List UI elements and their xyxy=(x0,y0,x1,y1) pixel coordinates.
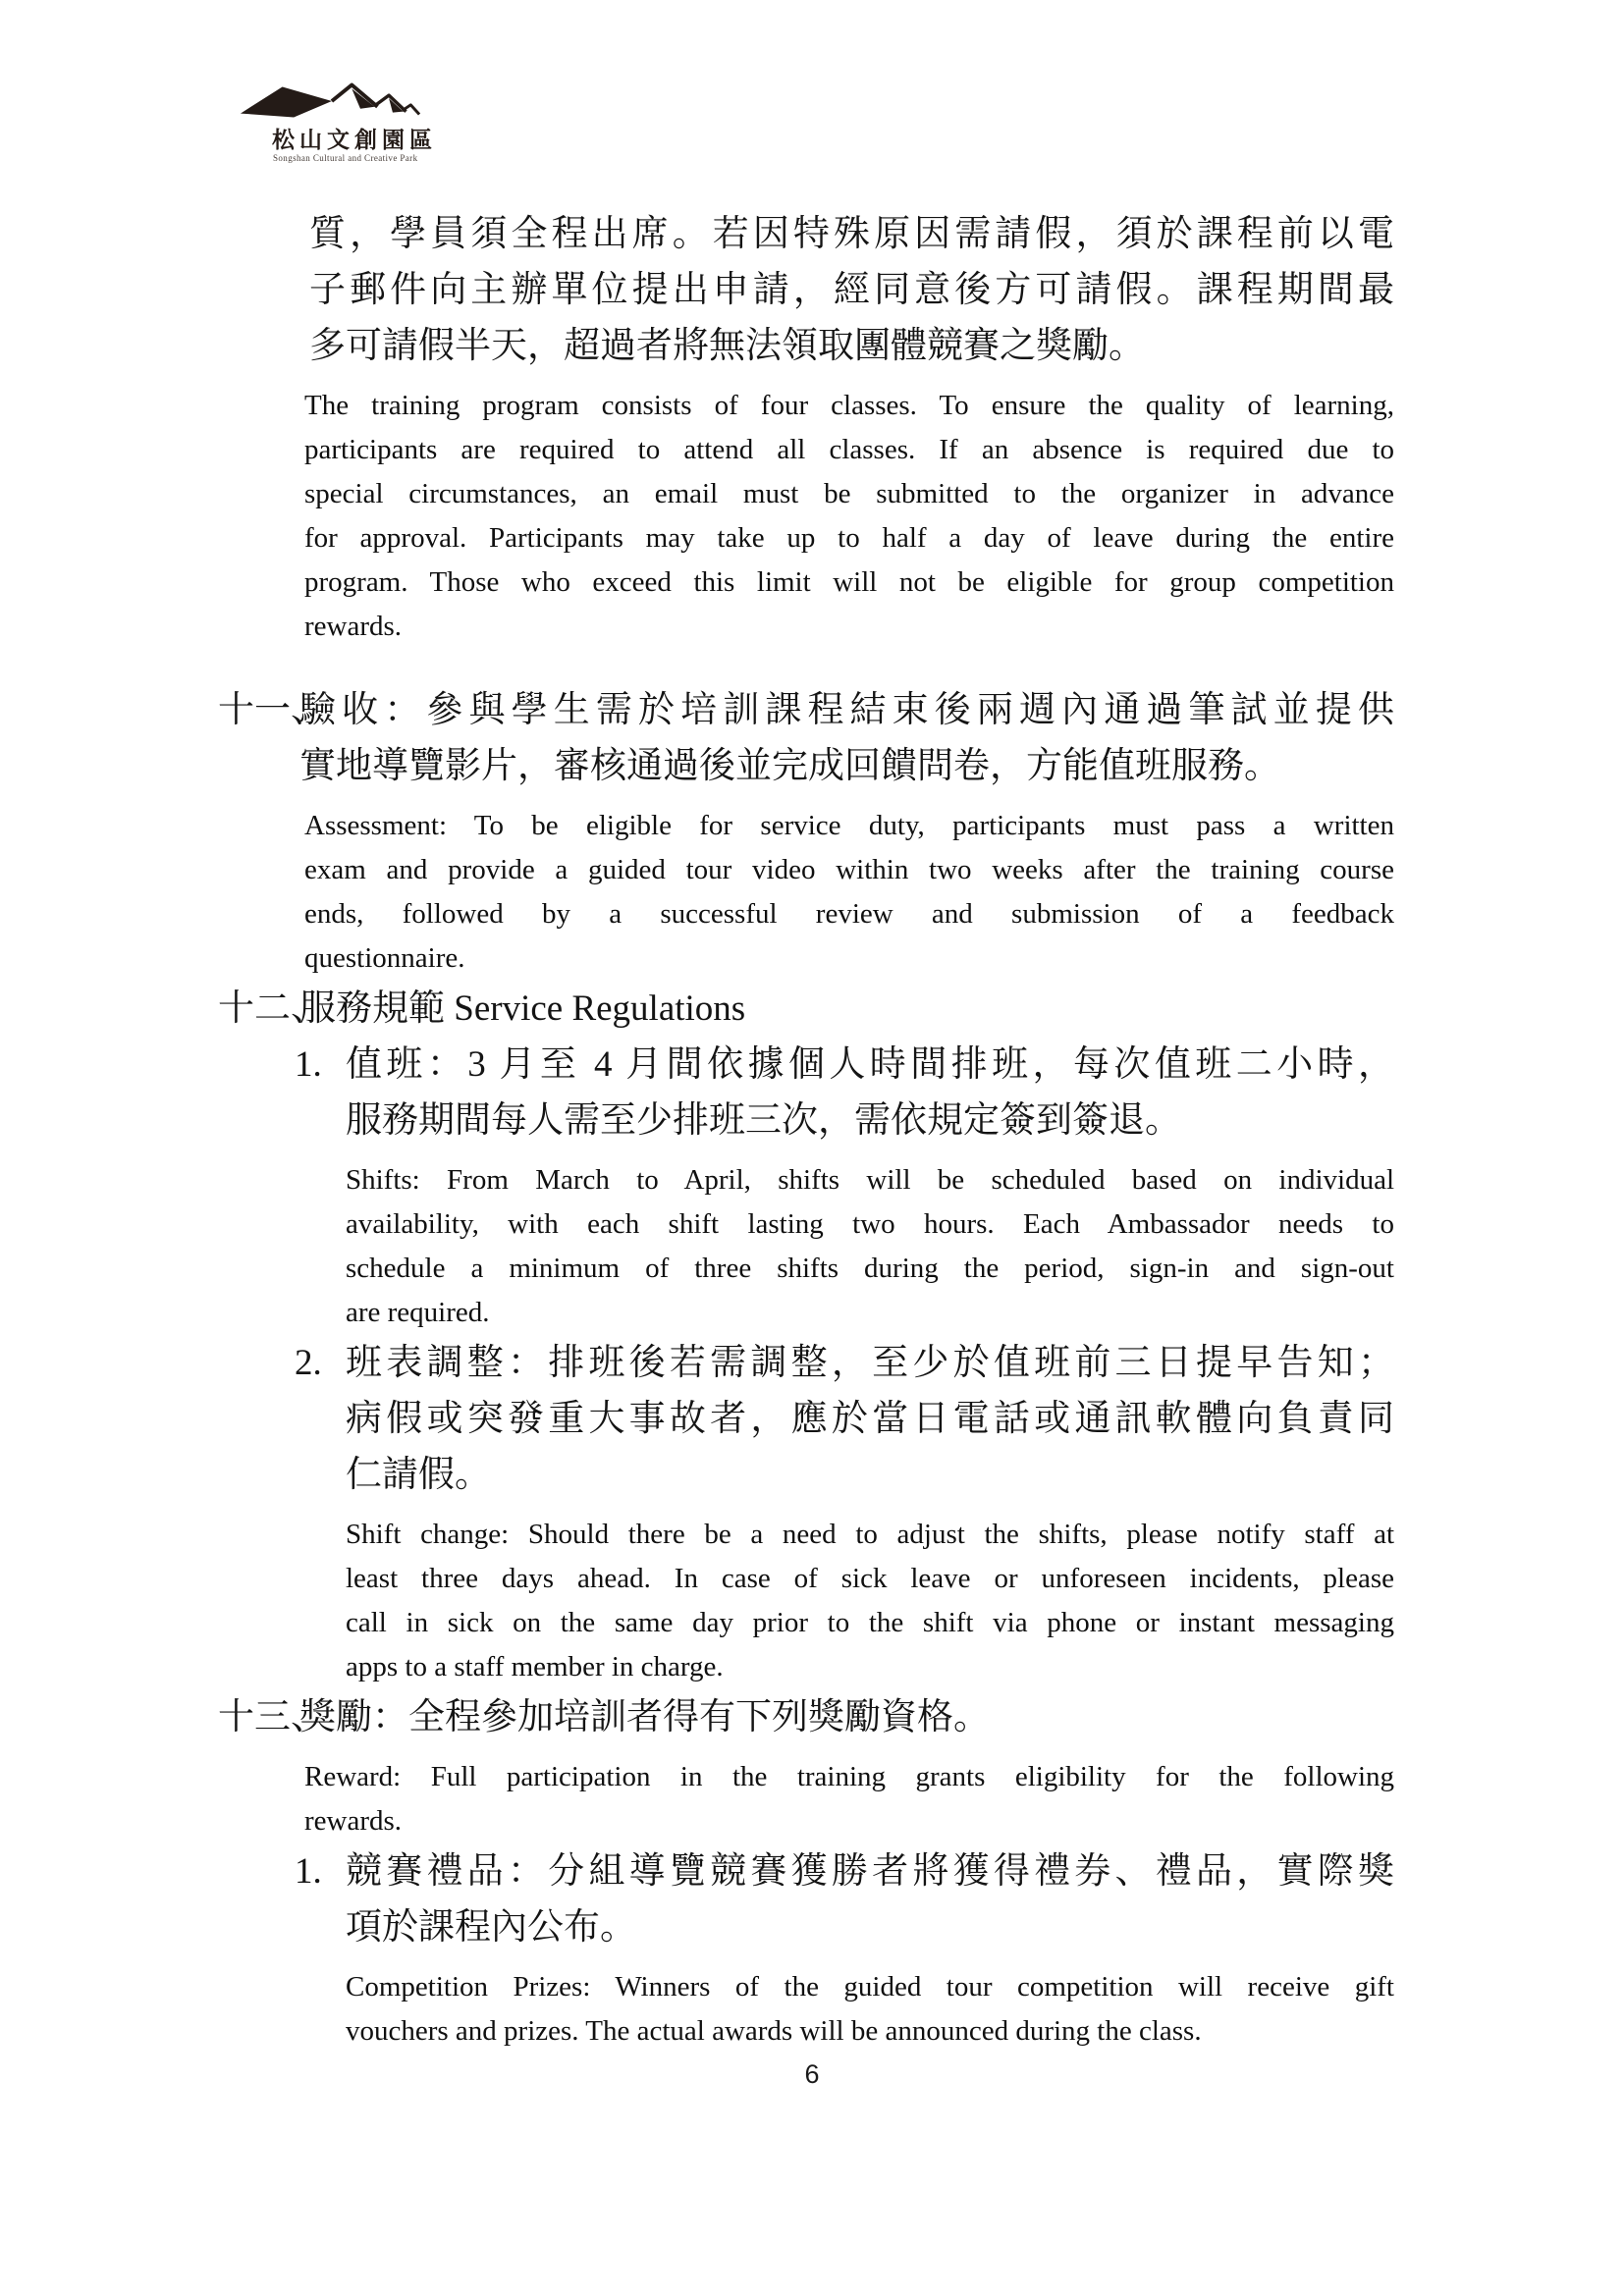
item-shift-change-text-zh: 班表調整：排班後若需調整，至少於值班前三日提早告知；病假或突發重大事故者，應於當… xyxy=(346,1335,1394,1503)
item-competition-prizes: 1. 競賽禮品：分組導覽競賽獲勝者將獲得禮券、禮品，實際獎項於課程內公布。 xyxy=(0,1843,1624,1955)
section-12-title: 服務規範 Service Regulations xyxy=(299,981,1394,1037)
text-line: 質，學員須全程出席。若因特殊原因需請假，須於課程前以電 xyxy=(309,206,1394,262)
text-line: call in sick on the same day prior to th… xyxy=(346,1601,1394,1645)
text-line: 實地導覽影片，審核通過後並完成回饋問卷，方能值班服務。 xyxy=(299,738,1394,794)
text-line: vouchers and prizes. The actual awards w… xyxy=(346,2009,1394,2054)
section-13-text-zh: 獎勵：全程參加培訓者得有下列獎勵資格。 xyxy=(299,1689,1394,1745)
paragraph-attendance-zh: 質，學員須全程出席。若因特殊原因需請假，須於課程前以電子郵件向主辦單位提出申請，… xyxy=(309,206,1394,374)
text-line: Assessment: To be eligible for service d… xyxy=(304,804,1394,848)
text-line: ends, followed by a successful review an… xyxy=(304,892,1394,936)
logo-subtitle: Songshan Cultural and Creative Park xyxy=(273,153,447,164)
paragraph-attendance-en: The training program consists of four cl… xyxy=(304,384,1394,649)
item-shifts-text-zh: 值班：3 月至 4 月間依據個人時間排班，每次值班二小時，服務期間每人需至少排班… xyxy=(346,1037,1394,1148)
text-line: 病假或突發重大事故者，應於當日電話或通訊軟體向負責同 xyxy=(346,1391,1394,1447)
text-line: 驗收：參與學生需於培訓課程結束後兩週內通過筆試並提供 xyxy=(299,682,1394,738)
text-line: participants are required to attend all … xyxy=(304,428,1394,472)
text-line: Competition Prizes: Winners of the guide… xyxy=(346,1965,1394,2009)
section-11-assessment: 十一、 驗收：參與學生需於培訓課程結束後兩週內通過筆試並提供實地導覽影片，審核通… xyxy=(0,682,1624,794)
item-shift-change: 2. 班表調整：排班後若需調整，至少於值班前三日提早告知；病假或突發重大事故者，… xyxy=(0,1335,1624,1503)
section-11-label: 十一、 xyxy=(218,682,327,738)
document-body: 質，學員須全程出席。若因特殊原因需請假，須於課程前以電子郵件向主辦單位提出申請，… xyxy=(0,206,1624,2090)
logo-title: 松山文創園區 xyxy=(272,128,447,153)
text-line: exam and provide a guided tour video wit… xyxy=(304,848,1394,892)
section-13-reward: 十三、 獎勵：全程參加培訓者得有下列獎勵資格。 xyxy=(0,1689,1624,1745)
item-competition-prizes-text-en: Competition Prizes: Winners of the guide… xyxy=(346,1965,1394,2054)
section-13-text-en: Reward: Full participation in the traini… xyxy=(304,1755,1394,1843)
text-line: for approval. Participants may take up t… xyxy=(304,516,1394,561)
item-shifts-number: 1. xyxy=(295,1037,322,1093)
songshan-logo: 松山文創園區 Songshan Cultural and Creative Pa… xyxy=(231,75,447,164)
text-line: program. Those who exceed this limit wil… xyxy=(304,561,1394,605)
text-line: rewards. xyxy=(304,1799,1394,1843)
text-line: Shifts: From March to April, shifts will… xyxy=(346,1158,1394,1202)
section-11-text-en: Assessment: To be eligible for service d… xyxy=(304,804,1394,981)
section-12-service-regulations: 十二、 服務規範 Service Regulations xyxy=(0,981,1624,1037)
item-shift-change-text-en: Shift change: Should there be a need to … xyxy=(346,1513,1394,1689)
text-line: 項於課程內公布。 xyxy=(346,1899,1394,1955)
section-12-label: 十二、 xyxy=(218,981,327,1037)
text-line: 仁請假。 xyxy=(346,1447,1394,1503)
roofline-logo-icon xyxy=(239,75,421,126)
text-line: The training program consists of four cl… xyxy=(304,384,1394,428)
text-line: 競賽禮品：分組導覽競賽獲勝者將獲得禮券、禮品，實際獎 xyxy=(346,1843,1394,1899)
text-line: 服務期間每人需至少排班三次，需依規定簽到簽退。 xyxy=(346,1093,1394,1148)
text-line: 多可請假半天，超過者將無法領取團體競賽之獎勵。 xyxy=(309,318,1394,374)
item-shift-change-number: 2. xyxy=(295,1335,322,1391)
text-line: are required. xyxy=(346,1291,1394,1335)
text-line: schedule a minimum of three shifts durin… xyxy=(346,1247,1394,1291)
text-line: Reward: Full participation in the traini… xyxy=(304,1755,1394,1799)
text-line: 班表調整：排班後若需調整，至少於值班前三日提早告知； xyxy=(346,1335,1394,1391)
text-line: 獎勵：全程參加培訓者得有下列獎勵資格。 xyxy=(299,1689,1394,1745)
text-line: questionnaire. xyxy=(304,936,1394,981)
text-line: rewards. xyxy=(304,605,1394,649)
item-shifts-text-en: Shifts: From March to April, shifts will… xyxy=(346,1158,1394,1335)
text-line: special circumstances, an email must be … xyxy=(304,472,1394,516)
text-line: 子郵件向主辦單位提出申請，經同意後方可請假。課程期間最 xyxy=(309,262,1394,318)
document-page: 松山文創園區 Songshan Cultural and Creative Pa… xyxy=(0,0,1624,2296)
text-line: apps to a staff member in charge. xyxy=(346,1645,1394,1689)
text-line: availability, with each shift lasting tw… xyxy=(346,1202,1394,1247)
item-competition-prizes-text-zh: 競賽禮品：分組導覽競賽獲勝者將獲得禮券、禮品，實際獎項於課程內公布。 xyxy=(346,1843,1394,1955)
section-11-text-zh: 驗收：參與學生需於培訓課程結束後兩週內通過筆試並提供實地導覽影片，審核通過後並完… xyxy=(299,682,1394,794)
text-line: 值班：3 月至 4 月間依據個人時間排班，每次值班二小時， xyxy=(346,1037,1394,1093)
page-number: 6 xyxy=(0,2059,1624,2090)
section-13-label: 十三、 xyxy=(218,1689,327,1745)
text-line: Shift change: Should there be a need to … xyxy=(346,1513,1394,1557)
item-shifts: 1. 值班：3 月至 4 月間依據個人時間排班，每次值班二小時，服務期間每人需至… xyxy=(0,1037,1624,1148)
item-competition-prizes-number: 1. xyxy=(295,1843,322,1899)
text-line: least three days ahead. In case of sick … xyxy=(346,1557,1394,1601)
